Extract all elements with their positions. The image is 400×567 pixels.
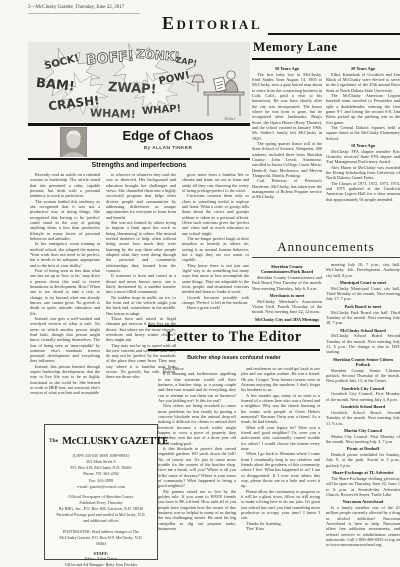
masthead-postmaster: POSTMASTER: Send address changes to TheM…	[49, 529, 153, 547]
masthead-the: The	[49, 438, 58, 444]
masthead-name: McCLUSKY GAZETTE	[62, 436, 169, 447]
announcements-column-1: Sheridan County Commissioners/Park Board…	[252, 262, 322, 324]
cartoon-art: SOCK! BAM! BOFF! ZONK! CRASH! ZWAP! POW!…	[28, 42, 250, 122]
folio-rule	[28, 13, 140, 14]
newspaper-page: 2—McClusky Gazette, Thursday, June 22, 2…	[0, 0, 400, 567]
memory-lane-rule	[252, 58, 400, 60]
masthead-staff: Editor: Allan TinkerOffice and Ad Manage…	[49, 556, 153, 567]
column-rule-bottom	[28, 158, 250, 160]
column-title: Edge of Chaos	[92, 128, 244, 143]
masthead-publisher: Official Newspaper of Sheridan CountyPub…	[49, 494, 153, 525]
memory-lane-title: Memory Lane	[253, 39, 338, 55]
memory-lane-column-2: 20 Years AgoElliot Kamelzak of Goodrich …	[326, 64, 400, 238]
announcements-title: Announcements	[252, 239, 400, 255]
article-title: Strengths and imperfections	[28, 162, 250, 169]
letter-column-1: Dear Editor:It is amazing and, furthermo…	[158, 366, 236, 563]
article-column-3: grow more from a familiar life or climat…	[182, 172, 249, 322]
memory-lane-column-1: 50 Years AgoThe first baby boy in McClus…	[252, 64, 322, 238]
letter-rule-top	[148, 325, 320, 327]
letter-rule-bottom	[148, 349, 320, 351]
header-rule	[268, 33, 400, 35]
masthead-address: (USPS 335-020 ISSN 1089-890X)203 Main St…	[49, 453, 153, 490]
letter-subhead: Butcher shop issues confound reader	[148, 355, 320, 361]
column-rule-top	[28, 123, 250, 126]
masthead-title: The McCLUSKY GAZETTE	[49, 431, 153, 449]
letter-title: Letter to The Editor	[148, 329, 320, 346]
article-column-1: Recently read an article on a talented w…	[30, 172, 100, 419]
masthead-box: The McCLUSKY GAZETTE (USPS 335-020 ISSN …	[44, 424, 158, 560]
cartoon-signature: Tinker	[224, 116, 236, 121]
editorial-cartoon: SOCK! BAM! BOFF! ZONK! CRASH! ZWAP! POW!…	[28, 42, 250, 122]
cartoon-word: ZWAP!	[108, 80, 157, 98]
column-byline: By ALLAN TINKER	[92, 146, 244, 151]
announcements-column-2: meeting July 10, 7 p.m., city hall. McCl…	[326, 262, 400, 562]
page-folio: 2—McClusky Gazette, Thursday, June 22, 2…	[28, 5, 124, 10]
letter-column-2: and residences so we could get back to o…	[241, 366, 320, 563]
announcements-rule	[252, 257, 400, 258]
editorial-section-title: Editorial	[132, 13, 292, 34]
columnist-photo	[60, 127, 87, 157]
cartoon-word: WHAM!	[90, 106, 136, 121]
